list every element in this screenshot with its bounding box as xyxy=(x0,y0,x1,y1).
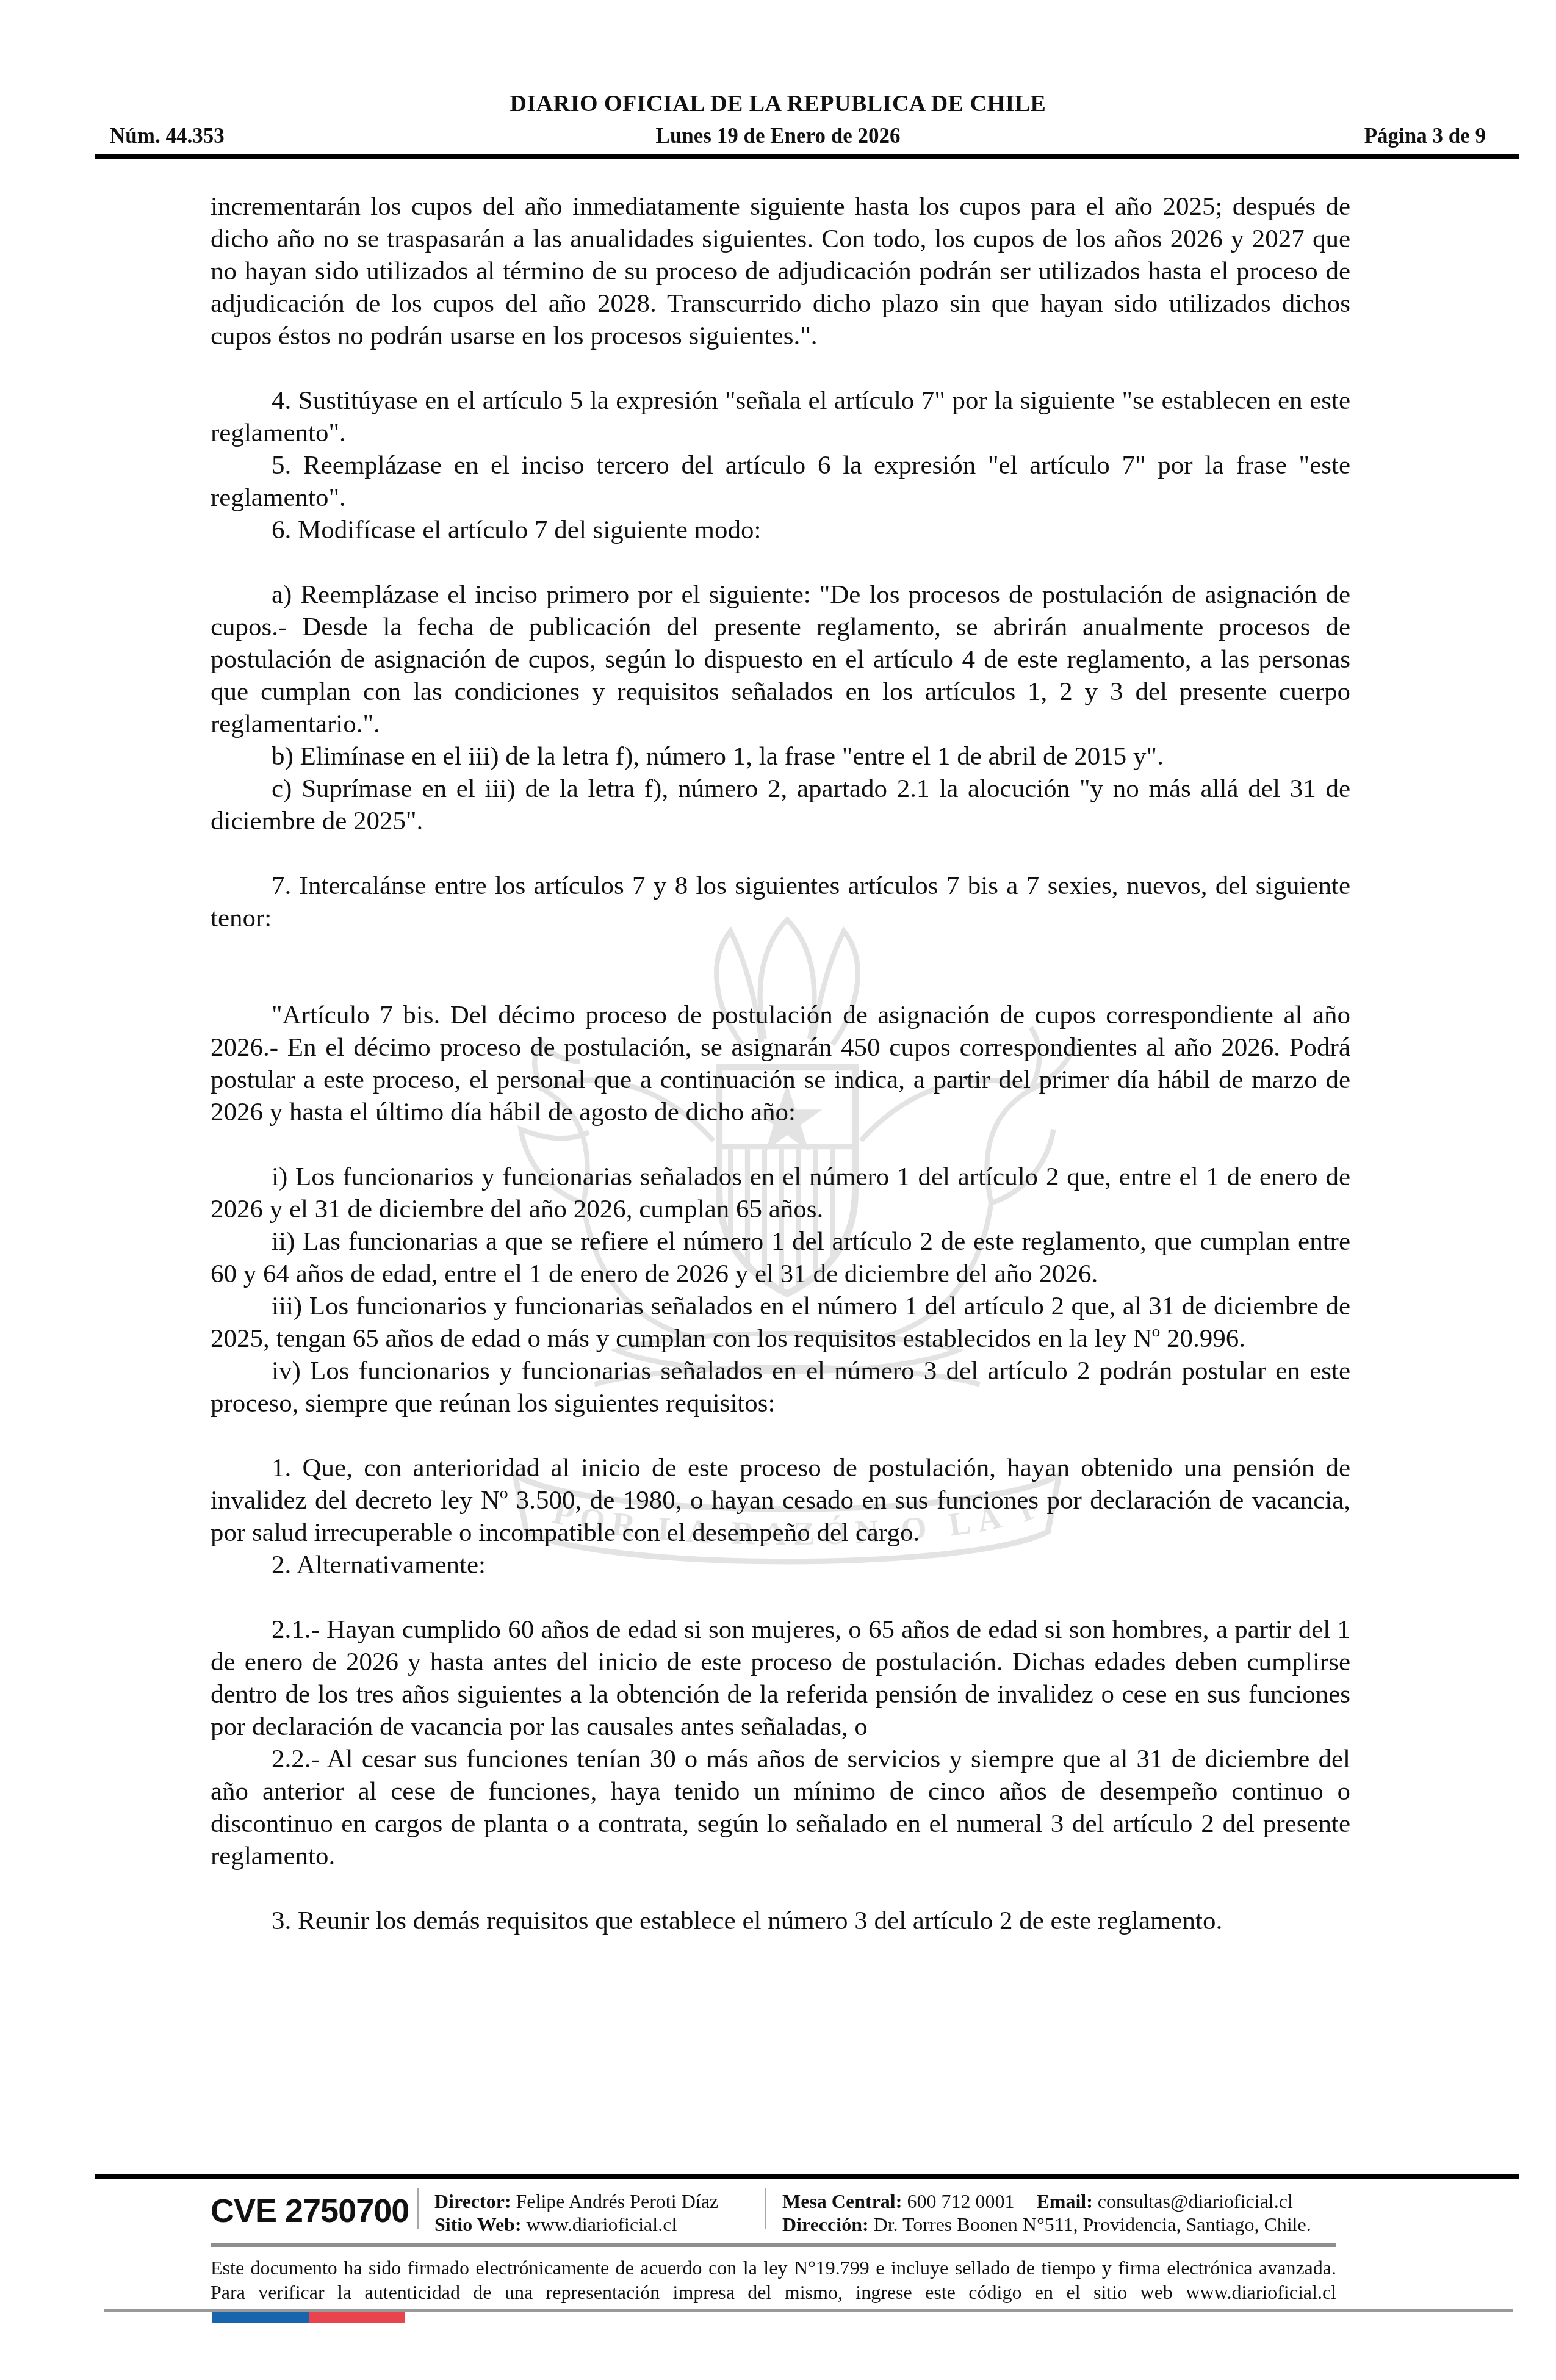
document-body: incrementarán los cupos del año inmediat… xyxy=(211,190,1350,1937)
mesa-value: 600 712 0001 xyxy=(907,2190,1014,2212)
flag-blue-segment xyxy=(212,2312,309,2323)
paragraph: "Artículo 7 bis. Del décimo proceso de p… xyxy=(211,999,1350,1128)
director-label: Director: xyxy=(434,2190,511,2212)
footer-contact-block: Mesa Central: 600 712 0001 Email: consul… xyxy=(782,2190,1311,2236)
footer-director-block: Director: Felipe Andrés Peroti Díaz Siti… xyxy=(434,2190,718,2236)
paragraph: b) Elimínase en el iii) de la letra f), … xyxy=(211,740,1350,773)
director-line: Director: Felipe Andrés Peroti Díaz xyxy=(434,2190,718,2213)
paragraph: c) Suprímase en el iii) de la letra f), … xyxy=(211,773,1350,837)
sitio-line: Sitio Web: www.diarioficial.cl xyxy=(434,2213,718,2236)
header-rule xyxy=(95,154,1519,159)
sitio-value: www.diarioficial.cl xyxy=(527,2213,677,2235)
paragraph: 2.1.- Hayan cumplido 60 años de edad si … xyxy=(211,1614,1350,1743)
footer-divider xyxy=(417,2188,419,2229)
footer-divider xyxy=(765,2188,766,2229)
paragraph: 6. Modifícase el artículo 7 del siguient… xyxy=(211,514,1350,546)
flag-red-segment xyxy=(309,2312,405,2323)
chile-flag-bar xyxy=(212,2312,405,2323)
mesa-email-line: Mesa Central: 600 712 0001 Email: consul… xyxy=(782,2190,1311,2213)
paragraph: 3. Reunir los demás requisitos que estab… xyxy=(211,1905,1350,1937)
direccion-line: Dirección: Dr. Torres Boonen N°511, Prov… xyxy=(782,2213,1311,2236)
footer-gray-rule xyxy=(211,2243,1336,2247)
mesa-label: Mesa Central: xyxy=(782,2190,902,2212)
page-number: Página 3 de 9 xyxy=(1364,124,1486,148)
email-value: consultas@diarioficial.cl xyxy=(1098,2190,1293,2212)
email-label: Email: xyxy=(1036,2190,1092,2212)
paragraph: a) Reemplázase el inciso primero por el … xyxy=(211,579,1350,740)
paragraph: 5. Reemplázase en el inciso tercero del … xyxy=(211,449,1350,514)
director-value: Felipe Andrés Peroti Díaz xyxy=(516,2190,718,2212)
paragraph: 7. Intercalánse entre los artículos 7 y … xyxy=(211,870,1350,934)
footer-rule xyxy=(95,2174,1519,2179)
header-meta-row: Núm. 44.353 Lunes 19 de Enero de 2026 Pá… xyxy=(0,124,1556,152)
paragraph: i) Los funcionarios y funcionarias señal… xyxy=(211,1161,1350,1225)
cve-code: CVE 2750700 xyxy=(211,2192,409,2230)
paragraph: iv) Los funcionarios y funcionarias seña… xyxy=(211,1355,1350,1419)
direccion-value: Dr. Torres Boonen N°511, Providencia, Sa… xyxy=(874,2213,1311,2235)
direccion-label: Dirección: xyxy=(782,2213,869,2235)
paragraph: 2.2.- Al cesar sus funciones tenían 30 o… xyxy=(211,1743,1350,1872)
paragraph: incrementarán los cupos del año inmediat… xyxy=(211,190,1350,352)
paragraph: 4. Sustitúyase en el artículo 5 la expre… xyxy=(211,384,1350,449)
sitio-label: Sitio Web: xyxy=(434,2213,522,2235)
legal-notice: Este documento ha sido firmado electróni… xyxy=(211,2256,1336,2304)
paragraph: 1. Que, con anterioridad al inicio de es… xyxy=(211,1452,1350,1549)
gazette-page: { "header": { "paper": "DIARIO OFICIAL D… xyxy=(0,0,1556,2380)
paragraph: 2. Alternativamente: xyxy=(211,1549,1350,1581)
paragraph: iii) Los funcionarios y funcionarias señ… xyxy=(211,1290,1350,1355)
newspaper-title: DIARIO OFICIAL DE LA REPUBLICA DE CHILE xyxy=(0,90,1556,117)
paragraph: ii) Las funcionarias a que se refiere el… xyxy=(211,1225,1350,1290)
issue-date: Lunes 19 de Enero de 2026 xyxy=(0,124,1556,148)
